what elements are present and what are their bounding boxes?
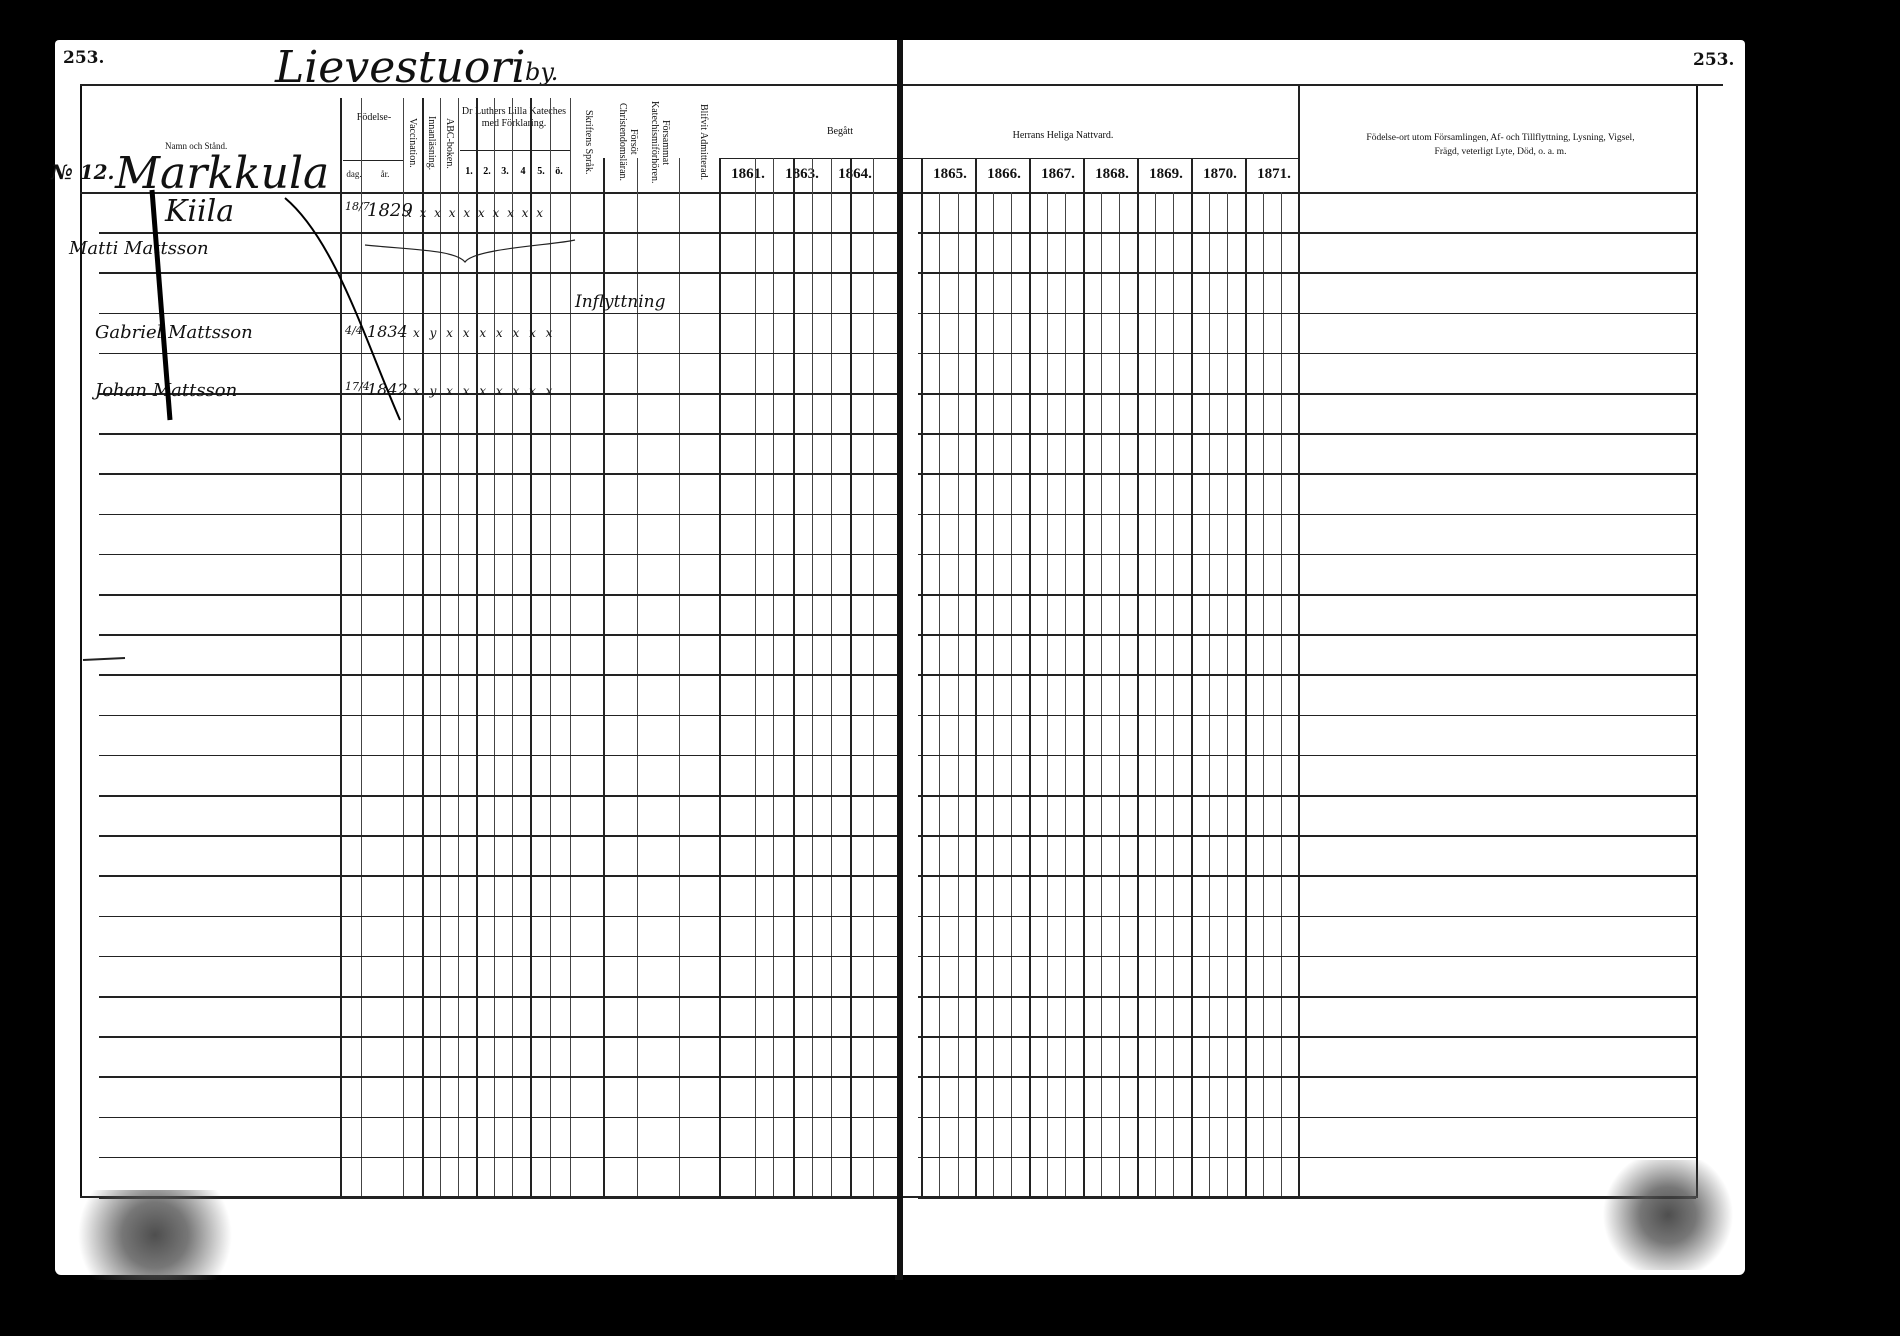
- nattvard-year-1871: 1871.: [1247, 166, 1301, 183]
- row-rule: [918, 313, 1696, 315]
- title-rule-right: [903, 84, 1723, 86]
- row-rule: [918, 1117, 1696, 1119]
- column-rule: [1011, 192, 1012, 1196]
- page-stain: [55, 1190, 255, 1280]
- row-rule: [918, 353, 1696, 355]
- row-rule: [918, 554, 1696, 556]
- row-rule: [918, 634, 1696, 636]
- column-rule: [1101, 192, 1102, 1196]
- row-rule: [918, 232, 1696, 234]
- row-rule: [918, 393, 1696, 395]
- strike-marks: [55, 40, 897, 1275]
- row-rule: [918, 473, 1696, 475]
- page-stain-right: [1593, 1160, 1743, 1270]
- column-rule: [993, 192, 994, 1196]
- column-rule: [1155, 192, 1156, 1196]
- page-number-right: 253.: [1693, 50, 1734, 70]
- header-remarks-line2: Frägd, veterligt Lyte, Död, o. a. m.: [1303, 146, 1698, 158]
- nattvard-subrule: [903, 158, 1298, 159]
- row-rule: [918, 433, 1696, 435]
- row-rule: [918, 514, 1696, 516]
- row-rule: [918, 755, 1696, 757]
- column-rule: [1227, 192, 1228, 1196]
- header-remarks-line1: Födelse-ort utom Församlingen, Af- och T…: [1303, 132, 1698, 144]
- row-rule: [918, 795, 1696, 797]
- nattvard-year-1869: 1869.: [1139, 166, 1193, 183]
- column-rule: [1263, 192, 1264, 1196]
- right-page: 253. Herrans Heliga Nattvard. 1865. 1866…: [903, 40, 1745, 1275]
- column-rule: [1173, 192, 1174, 1196]
- remarks-divider: [1298, 86, 1300, 1198]
- row-rule: [918, 715, 1696, 717]
- column-rule: [1209, 192, 1210, 1196]
- row-rule: [918, 272, 1696, 274]
- row-rule: [918, 835, 1696, 837]
- nattvard-year-1870: 1870.: [1193, 166, 1247, 183]
- column-rule: [958, 192, 959, 1196]
- left-page: 253. Lievestuori by. Namn och Stånd. Mar…: [55, 40, 897, 1275]
- row-rule: [918, 956, 1696, 958]
- header-bottom-rule-right: [903, 192, 1698, 194]
- column-rule: [1281, 192, 1282, 1196]
- row-rule: [918, 674, 1696, 676]
- nattvard-year-1866: 1866.: [977, 166, 1031, 183]
- row-rule: [918, 594, 1696, 596]
- row-rule: [918, 1157, 1696, 1159]
- column-rule: [1065, 192, 1066, 1196]
- row-rule: [918, 916, 1696, 918]
- nattvard-year-1867: 1867.: [1031, 166, 1085, 183]
- header-nattvard: Herrans Heliga Nattvard.: [963, 130, 1163, 142]
- row-rule: [918, 1197, 1696, 1199]
- right-border: [1696, 86, 1698, 1198]
- nattvard-year-1868: 1868.: [1085, 166, 1139, 183]
- nattvard-year-1865: 1865.: [923, 166, 977, 183]
- row-rule: [918, 1036, 1696, 1038]
- row-rule: [918, 996, 1696, 998]
- row-rule: [918, 1076, 1696, 1078]
- column-rule: [939, 192, 940, 1196]
- row-rule: [918, 875, 1696, 877]
- column-rule: [1047, 192, 1048, 1196]
- column-rule: [1119, 192, 1120, 1196]
